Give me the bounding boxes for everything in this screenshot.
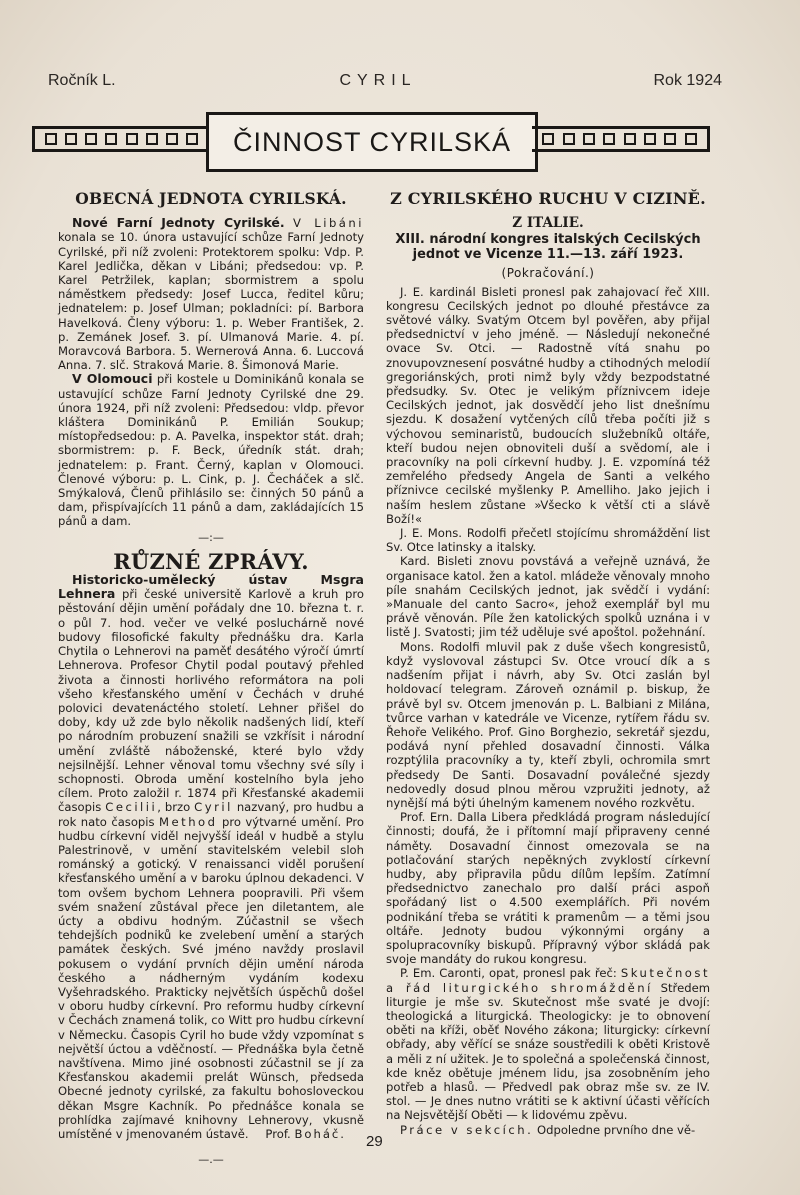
square-ornament-icon xyxy=(644,133,656,145)
continued-note: (Pokračování.) xyxy=(386,266,710,280)
article-paragraph: Práce v sekcích. Odpoledne prvního dne v… xyxy=(386,1123,710,1137)
article-subtitle: XIII. národní kongres italských Cecilský… xyxy=(386,232,710,262)
place-name: V Libáni xyxy=(293,216,364,230)
square-ornament-icon xyxy=(146,133,158,145)
article-paragraph: Nové Farní Jednoty Cyrilské. V Libáni ko… xyxy=(58,216,364,372)
paragraph-text: při české universitě Karlově a kruh pro … xyxy=(58,587,364,814)
paragraph-text: P. Em. Caronti, opat, pronesl pak řeč: xyxy=(400,966,617,980)
article-paragraph: V Olomouci při kostele u Dominikánů kona… xyxy=(58,372,364,528)
journal-name: Cecilii xyxy=(105,800,157,814)
square-ornament-icon xyxy=(664,133,676,145)
magazine-page: Ročník L. CYRIL Rok 1924 ČINNOST CYRILSK… xyxy=(0,0,800,1195)
separator: —.— xyxy=(58,1153,364,1167)
banner-title: ČINNOST CYRILSKÁ xyxy=(206,112,538,172)
article-paragraph: Kard. Bisleti znovu povstává a veřejně u… xyxy=(386,554,710,639)
section-title-cizina: Z CYRILSKÉHO RUCHU V CIZINĚ. xyxy=(386,192,710,206)
separator: —:— xyxy=(58,531,364,545)
article-paragraph: Prof. Ern. Dalla Libera předkládá progra… xyxy=(386,810,710,966)
square-ornament-icon xyxy=(563,133,575,145)
article-paragraph: J. E. kardinál Bisleti pronesl pak zahaj… xyxy=(386,285,710,526)
square-ornament-icon xyxy=(685,133,697,145)
right-column: Z CYRILSKÉHO RUCHU V CIZINĚ. Z ITALIE. X… xyxy=(386,188,710,1137)
article-lead: V Olomouci xyxy=(72,371,152,386)
square-ornament-icon xyxy=(542,133,554,145)
banner-ornament-right xyxy=(532,126,710,152)
year-label: Rok 1924 xyxy=(654,72,723,90)
square-ornament-icon xyxy=(603,133,615,145)
square-ornament-icon xyxy=(166,133,178,145)
paragraph-text: , brzo xyxy=(157,800,190,814)
section-title-ruzne-zpravy: RŮZNÉ ZPRÁVY. xyxy=(58,555,364,569)
article-paragraph: Historicko-umělecký ústav Msgra Lehnera … xyxy=(58,573,364,1141)
subsection-title: Práce v sekcích. xyxy=(400,1123,533,1137)
journal-title: CYRIL xyxy=(48,72,708,90)
square-ornament-icon xyxy=(85,133,97,145)
journal-name: Cyril xyxy=(194,800,233,814)
paragraph-text: pro výtvarné umění. Pro hudbu církevní v… xyxy=(58,815,364,1141)
running-head: Ročník L. CYRIL Rok 1924 xyxy=(48,72,708,96)
article-lead: Nové Farní Jednoty Cyrilské. xyxy=(72,215,285,230)
square-ornament-icon xyxy=(186,133,198,145)
paragraph-text: Středem liturgie je mše sv. Skutečnost m… xyxy=(386,981,710,1123)
article-paragraph: J. E. Mons. Rodolfi přečetl stojícímu sh… xyxy=(386,526,710,554)
square-ornament-icon xyxy=(126,133,138,145)
square-ornament-icon xyxy=(105,133,117,145)
page-number: 29 xyxy=(366,1133,383,1150)
signature-prefix: Prof. xyxy=(265,1127,290,1141)
article-paragraph: P. Em. Caronti, opat, pronesl pak řeč: S… xyxy=(386,966,710,1122)
paragraph-text: konala se 10. února ustavující schůze Fa… xyxy=(58,230,364,372)
banner-ornament-left xyxy=(32,126,208,152)
section-title-obecna-jednota: OBECNÁ JEDNOTA CYRILSKÁ. xyxy=(58,192,364,206)
article-paragraph: Mons. Rodolfi mluvil pak z duše všech ko… xyxy=(386,640,710,810)
signature-name: Boháč. xyxy=(294,1127,346,1141)
country-heading: Z ITALIE. xyxy=(386,216,710,230)
journal-name: Method xyxy=(159,815,217,829)
paragraph-text: Odpoledne prvního dne vě- xyxy=(537,1123,695,1137)
square-ornament-icon xyxy=(583,133,595,145)
square-ornament-icon xyxy=(45,133,57,145)
paragraph-text: při kostele u Dominikánů konala se ustav… xyxy=(58,372,364,528)
square-ornament-icon xyxy=(624,133,636,145)
left-column: OBECNÁ JEDNOTA CYRILSKÁ. Nové Farní Jedn… xyxy=(58,188,364,1174)
square-ornament-icon xyxy=(65,133,77,145)
section-banner: ČINNOST CYRILSKÁ xyxy=(32,112,710,172)
